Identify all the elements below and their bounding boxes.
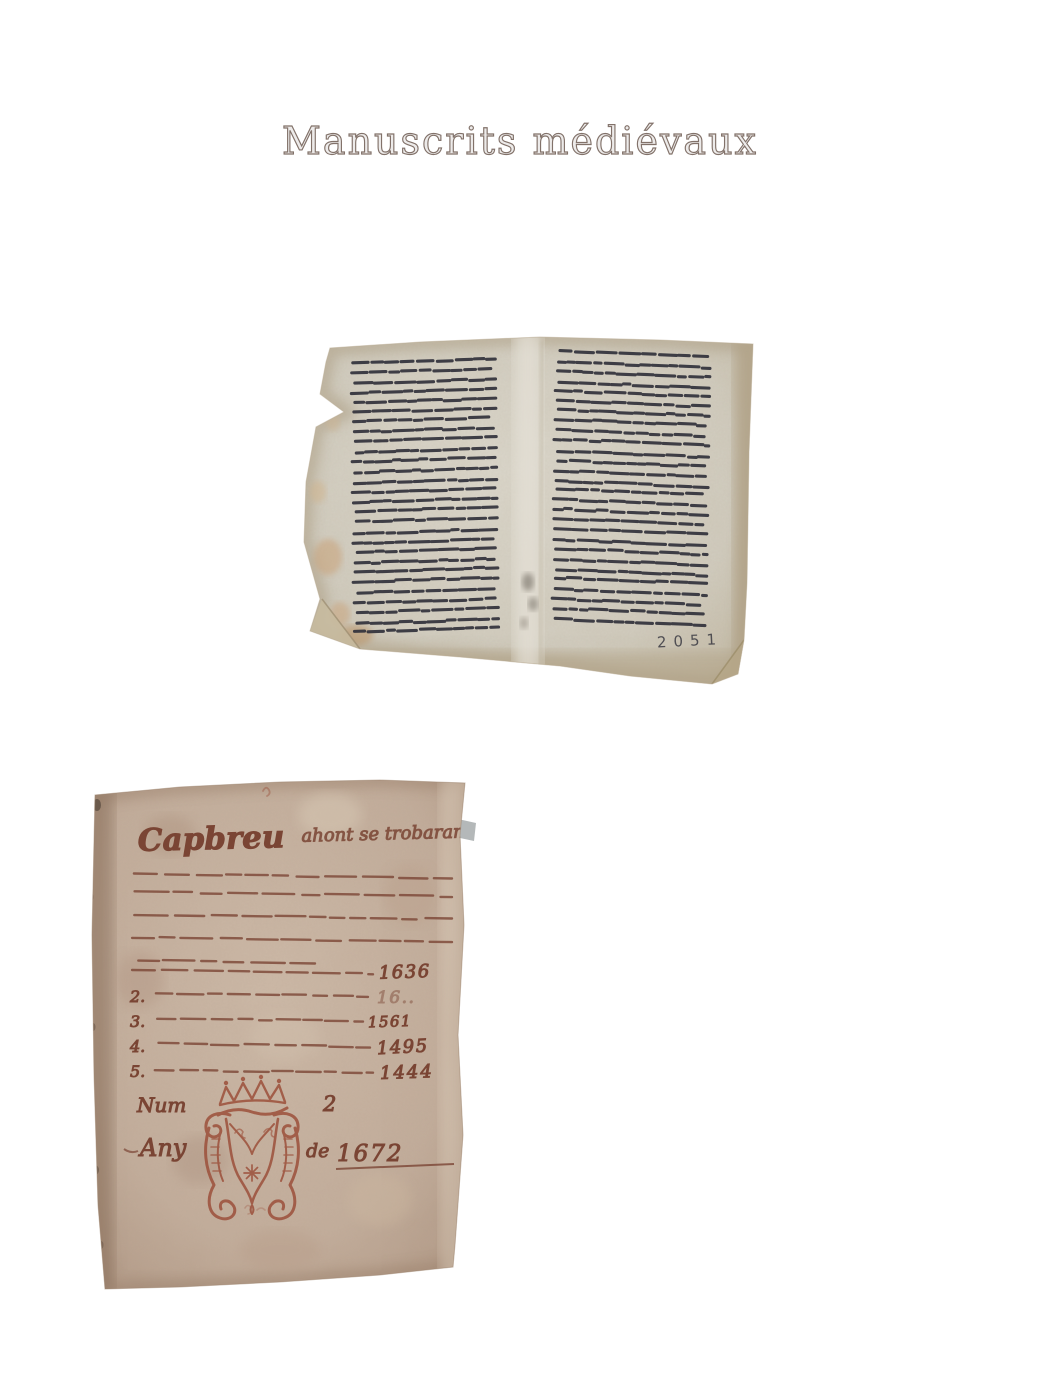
svg-text:2.: 2. — [129, 987, 145, 1006]
svg-text:3.: 3. — [130, 1012, 145, 1031]
entry-year: 1495 — [376, 1036, 429, 1060]
right-edge-shading — [734, 338, 760, 690]
svg-text:5.: 5. — [130, 1062, 145, 1081]
right-edge-highlight — [440, 775, 470, 1305]
num-value: 2 — [322, 1092, 336, 1116]
de-label: de — [306, 1140, 329, 1162]
entry-year: 1561 — [368, 1012, 413, 1032]
shelfmark-number: 2051 — [657, 630, 724, 651]
bifolium-illustration: 2051 — [300, 332, 770, 692]
entry-year: 1636 — [379, 961, 432, 984]
manuscript-photo-capbreu-cover: Capbreu ahont se trobaran Molt 1636 — [80, 775, 490, 1305]
center-fold-highlight — [514, 332, 542, 692]
svg-text:4.: 4. — [129, 1037, 145, 1056]
entry-year: 16.. — [377, 988, 415, 1008]
num-label: Num — [136, 1093, 186, 1117]
any-label: Any — [138, 1134, 187, 1162]
binding-edge-shading — [88, 785, 114, 1295]
year-1672: 1672 — [337, 1141, 404, 1167]
manuscript-photo-bifolium: 2051 — [300, 332, 770, 692]
page-title: Manuscrits médiévaux — [0, 119, 1040, 163]
capbreu-illustration: Capbreu ahont se trobaran Molt 1636 — [80, 775, 490, 1305]
document-page: Manuscrits médiévaux — [0, 0, 1040, 1387]
entry-year: 1444 — [380, 1061, 435, 1084]
